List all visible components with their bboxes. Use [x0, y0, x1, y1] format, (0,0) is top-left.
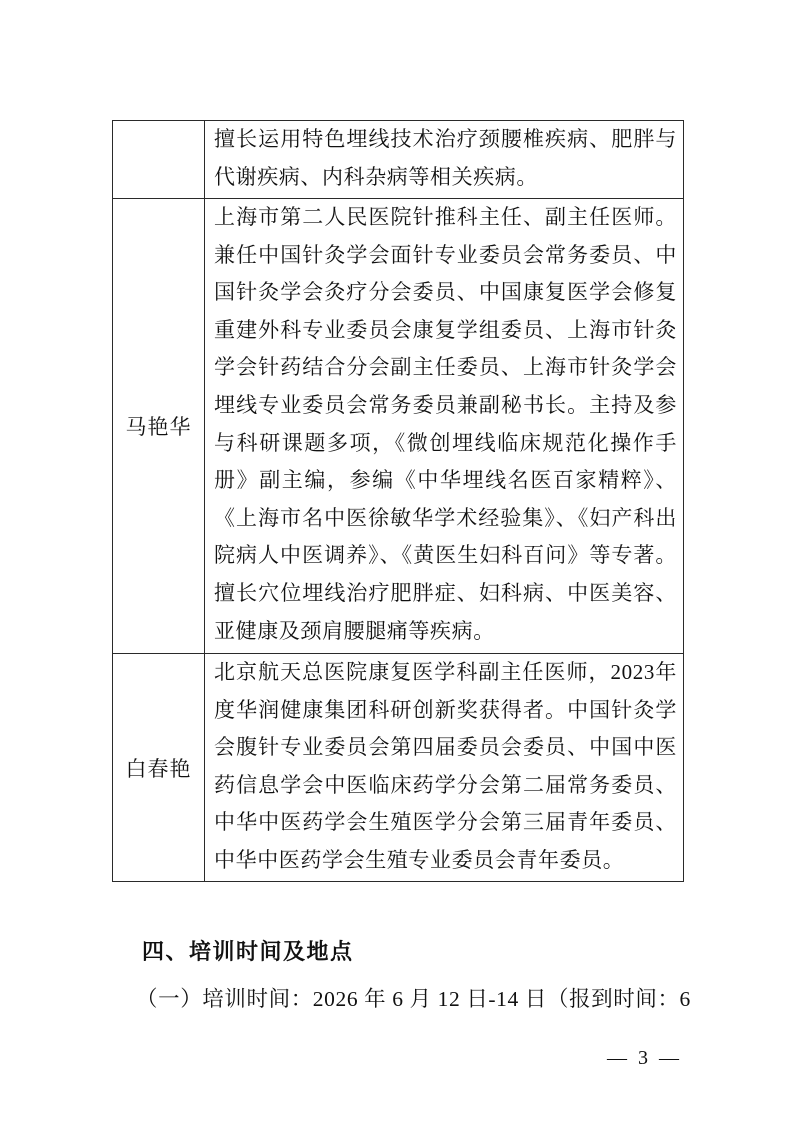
lecturer-name-cell: [113, 121, 205, 199]
table-row: 白春艳 北京航天总医院康复医学科副主任医师，2023年度华润健康集团科研创新奖获…: [113, 654, 684, 882]
page-number: — 3 —: [607, 1047, 682, 1070]
lecturer-name-cell: 白春艳: [113, 654, 205, 882]
lecturer-bio-table: 擅长运用特色埋线技术治疗颈腰椎疾病、肥胖与代谢疾病、内科杂病等相关疾病。 马艳华…: [112, 120, 684, 882]
lecturer-bio-cell: 擅长运用特色埋线技术治疗颈腰椎疾病、肥胖与代谢疾病、内科杂病等相关疾病。: [205, 121, 684, 199]
table-row: 擅长运用特色埋线技术治疗颈腰椎疾病、肥胖与代谢疾病、内科杂病等相关疾病。: [113, 121, 684, 199]
training-time-paragraph: （一）培训时间：2026 年 6 月 12 日-14 日（报到时间：6: [136, 982, 691, 1013]
lecturer-name-cell: 马艳华: [113, 199, 205, 654]
document-page: 擅长运用特色埋线技术治疗颈腰椎疾病、肥胖与代谢疾病、内科杂病等相关疾病。 马艳华…: [0, 0, 800, 1131]
section-heading-training-time-location: 四、培训时间及地点: [142, 935, 354, 966]
table-row: 马艳华 上海市第二人民医院针推科主任、副主任医师。兼任中国针灸学会面针专业委员会…: [113, 199, 684, 654]
lecturer-bio-cell: 上海市第二人民医院针推科主任、副主任医师。兼任中国针灸学会面针专业委员会常务委员…: [205, 199, 684, 654]
lecturer-bio-cell: 北京航天总医院康复医学科副主任医师，2023年度华润健康集团科研创新奖获得者。中…: [205, 654, 684, 882]
